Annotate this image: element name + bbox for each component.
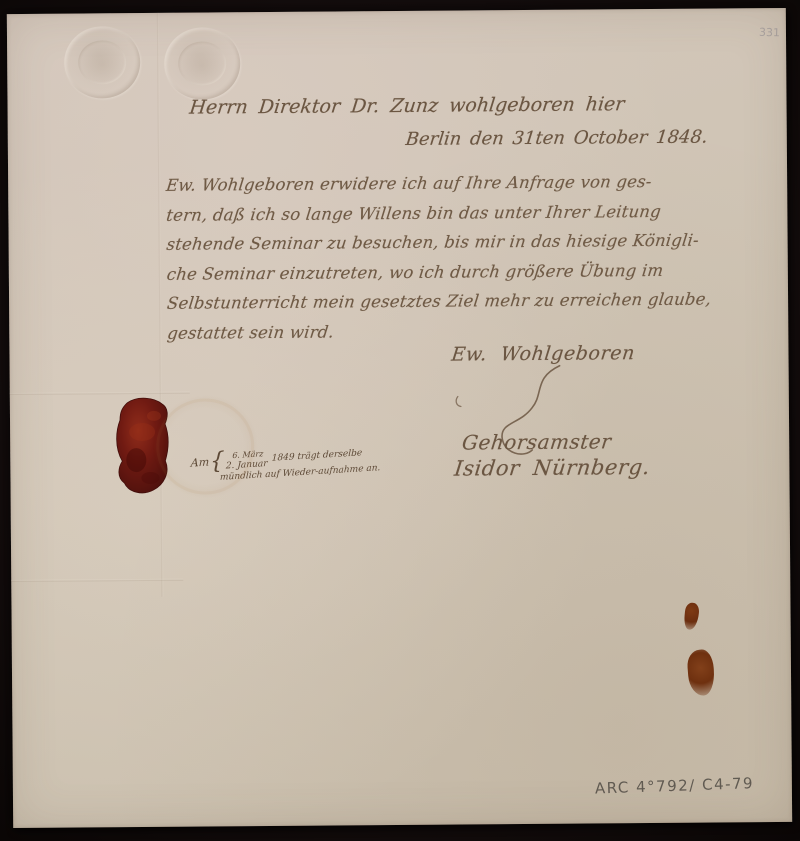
archive-shelfmark: ARC 4°792/ C4-79 xyxy=(595,774,755,797)
corner-pencil-mark: 331 xyxy=(759,26,780,40)
blind-stamp-motif xyxy=(178,41,226,85)
body-line-4: che Seminar einzutreten, wo ich durch gr… xyxy=(165,255,712,289)
signature-line: Isidor Nürnberg. xyxy=(453,455,651,481)
rust-stain-large xyxy=(686,649,715,697)
note-line1-rest: 1849 trägt derselbe xyxy=(271,448,362,463)
seal-stain-ring xyxy=(156,398,255,495)
blind-stamp-motif xyxy=(78,40,126,84)
blind-embossed-stamp-right xyxy=(164,27,241,100)
letter-body: Ew. Wohlgeboren erwidere ich auf Ihre An… xyxy=(166,167,711,348)
dateline: Berlin den 31ten October 1848. xyxy=(405,127,709,150)
fold-crease-vertical xyxy=(157,13,164,597)
photo-background: 331 Herrn Direktor Dr. Zunz wohlgeboren … xyxy=(0,0,800,841)
letter-page: 331 Herrn Direktor Dr. Zunz wohlgeboren … xyxy=(7,8,792,828)
body-line-2: tern, daß ich so lange Willens bin das u… xyxy=(165,196,712,230)
body-line-1: Ew. Wohlgeboren erwidere ich auf Ihre An… xyxy=(164,167,711,201)
fold-crease-horizontal-lower xyxy=(11,579,183,582)
body-line-3: stehende Seminar zu besuchen, bis mir in… xyxy=(165,226,712,260)
blind-embossed-stamp-left xyxy=(64,26,141,99)
rust-stain-small xyxy=(683,602,700,630)
body-line-5: Selbstunterricht mein gesetztes Ziel meh… xyxy=(165,285,712,319)
valediction-line: Gehorsamster xyxy=(461,429,613,454)
salutation-line: Herrn Direktor Dr. Zunz wohlgeboren hier xyxy=(188,93,625,118)
